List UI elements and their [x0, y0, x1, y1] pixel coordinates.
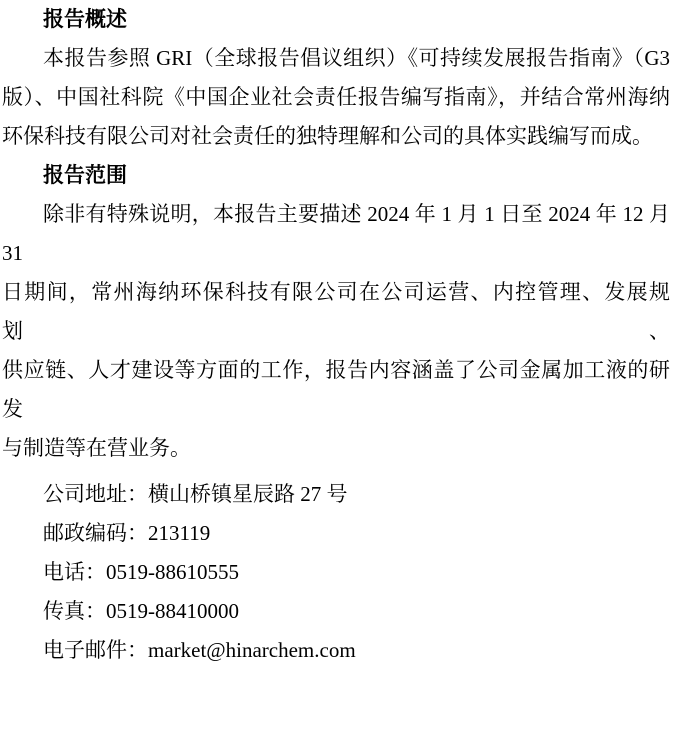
overview-paragraph-line-1: 本报告参照 GRI（全球报告倡议组织）《可持续发展报告指南》（G3 — [2, 39, 670, 78]
contact-phone-line: 电话：0519-88610555 — [2, 553, 670, 592]
scope-paragraph-line-2: 日期间，常州海纳环保科技有限公司在公司运营、内控管理、发展规划、 — [2, 273, 670, 351]
overview-paragraph-line-3: 环保科技有限公司对社会责任的独特理解和公司的具体实践编写而成。 — [2, 117, 670, 156]
contact-postcode-line: 邮政编码：213119 — [2, 514, 670, 553]
contact-email-line: 电子邮件：market@hinarchem.com — [2, 631, 670, 670]
contact-fax-line: 传真：0519-88410000 — [2, 592, 670, 631]
overview-paragraph-line-2: 版）、中国社科院《中国企业社会责任报告编写指南》，并结合常州海纳 — [2, 78, 670, 117]
heading-report-scope: 报告范围 — [2, 156, 670, 195]
scope-paragraph-line-3: 供应链、人才建设等方面的工作，报告内容涵盖了公司金属加工液的研发 — [2, 351, 670, 429]
contact-address-line: 公司地址：横山桥镇星辰路 27 号 — [2, 475, 670, 514]
report-page: 报告概述 本报告参照 GRI（全球报告倡议组织）《可持续发展报告指南》（G3 版… — [0, 0, 700, 756]
heading-report-overview: 报告概述 — [2, 0, 670, 39]
scope-paragraph-line-1: 除非有特殊说明，本报告主要描述 2024 年 1 月 1 日至 2024 年 1… — [2, 195, 670, 273]
scope-paragraph-line-4: 与制造等在营业务。 — [2, 429, 670, 468]
contact-info-block: 公司地址：横山桥镇星辰路 27 号 邮政编码：213119 电话：0519-88… — [2, 475, 670, 670]
